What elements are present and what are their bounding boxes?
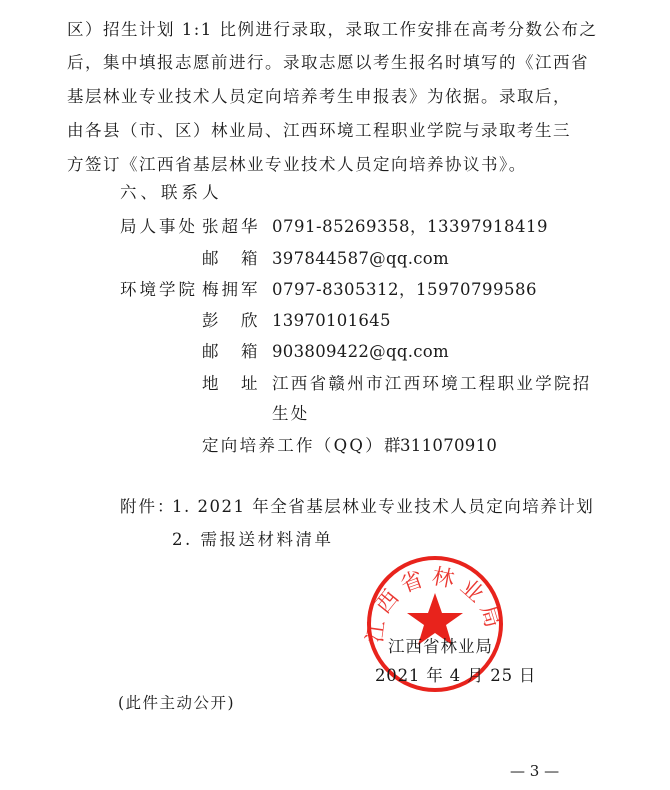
section-heading-contacts: 六、联系人	[120, 183, 223, 203]
attachment-item-2: 2. 需报送材料清单	[172, 530, 334, 550]
body-line-5: 方签订《江西省基层林业专业技术人员定向培养协议书》。	[67, 155, 527, 175]
contact-college-org: 环境学院	[120, 280, 198, 300]
contact-college-name: 梅拥军	[202, 280, 261, 300]
contact-college-qq-number: 311070910	[400, 436, 497, 456]
contact-college-address-line1: 江西省赣州市江西环境工程职业学院招	[272, 374, 592, 394]
contact-college-phone: 0797-8305312，15970799586	[272, 280, 537, 300]
contact-bureau-email[interactable]: 397844587@qq.com	[272, 249, 449, 269]
attachments-label: 附件：	[120, 497, 176, 517]
disclosure-note: (此件主动公开)	[118, 693, 235, 713]
contact-college-qq-label: 定向培养工作（QQ）群	[202, 436, 403, 456]
contact-college-email[interactable]: 903809422@qq.com	[272, 342, 449, 362]
contact-college-address-label: 地 址	[202, 374, 261, 394]
contact-bureau-name: 张超华	[202, 217, 261, 237]
contact-college-person2-phone: 13970101645	[272, 311, 391, 331]
body-line-2: 后，集中填报志愿前进行。录取志愿以考生报名时填写的《江西省	[67, 53, 589, 73]
contact-college-address-line2: 生处	[272, 404, 310, 424]
contact-bureau-email-label: 邮 箱	[202, 249, 261, 269]
signature-date: 2021 年 4 月 25 日	[375, 662, 536, 686]
body-line-3: 基层林业专业技术人员定向培养考生申报表》为依据。录取后，	[67, 87, 571, 107]
signature-org: 江西省林业局	[388, 633, 493, 657]
contact-college-email-label: 邮 箱	[202, 342, 261, 362]
contact-bureau-org: 局人事处	[120, 217, 198, 237]
attachment-item-1: 1. 2021 年全省基层林业专业技术人员定向培养计划	[172, 497, 594, 517]
body-line-1: 区）招生计划 1:1 比例进行录取，录取工作安排在高考分数公布之	[67, 20, 598, 40]
page-number: — 3 —	[510, 762, 559, 780]
body-line-4: 由各县（市、区）林业局、江西环境工程职业学院与录取考生三	[67, 121, 571, 141]
contact-bureau-phone: 0791-85269358，13397918419	[272, 217, 548, 237]
contact-college-person2-name: 彭 欣	[202, 311, 261, 331]
